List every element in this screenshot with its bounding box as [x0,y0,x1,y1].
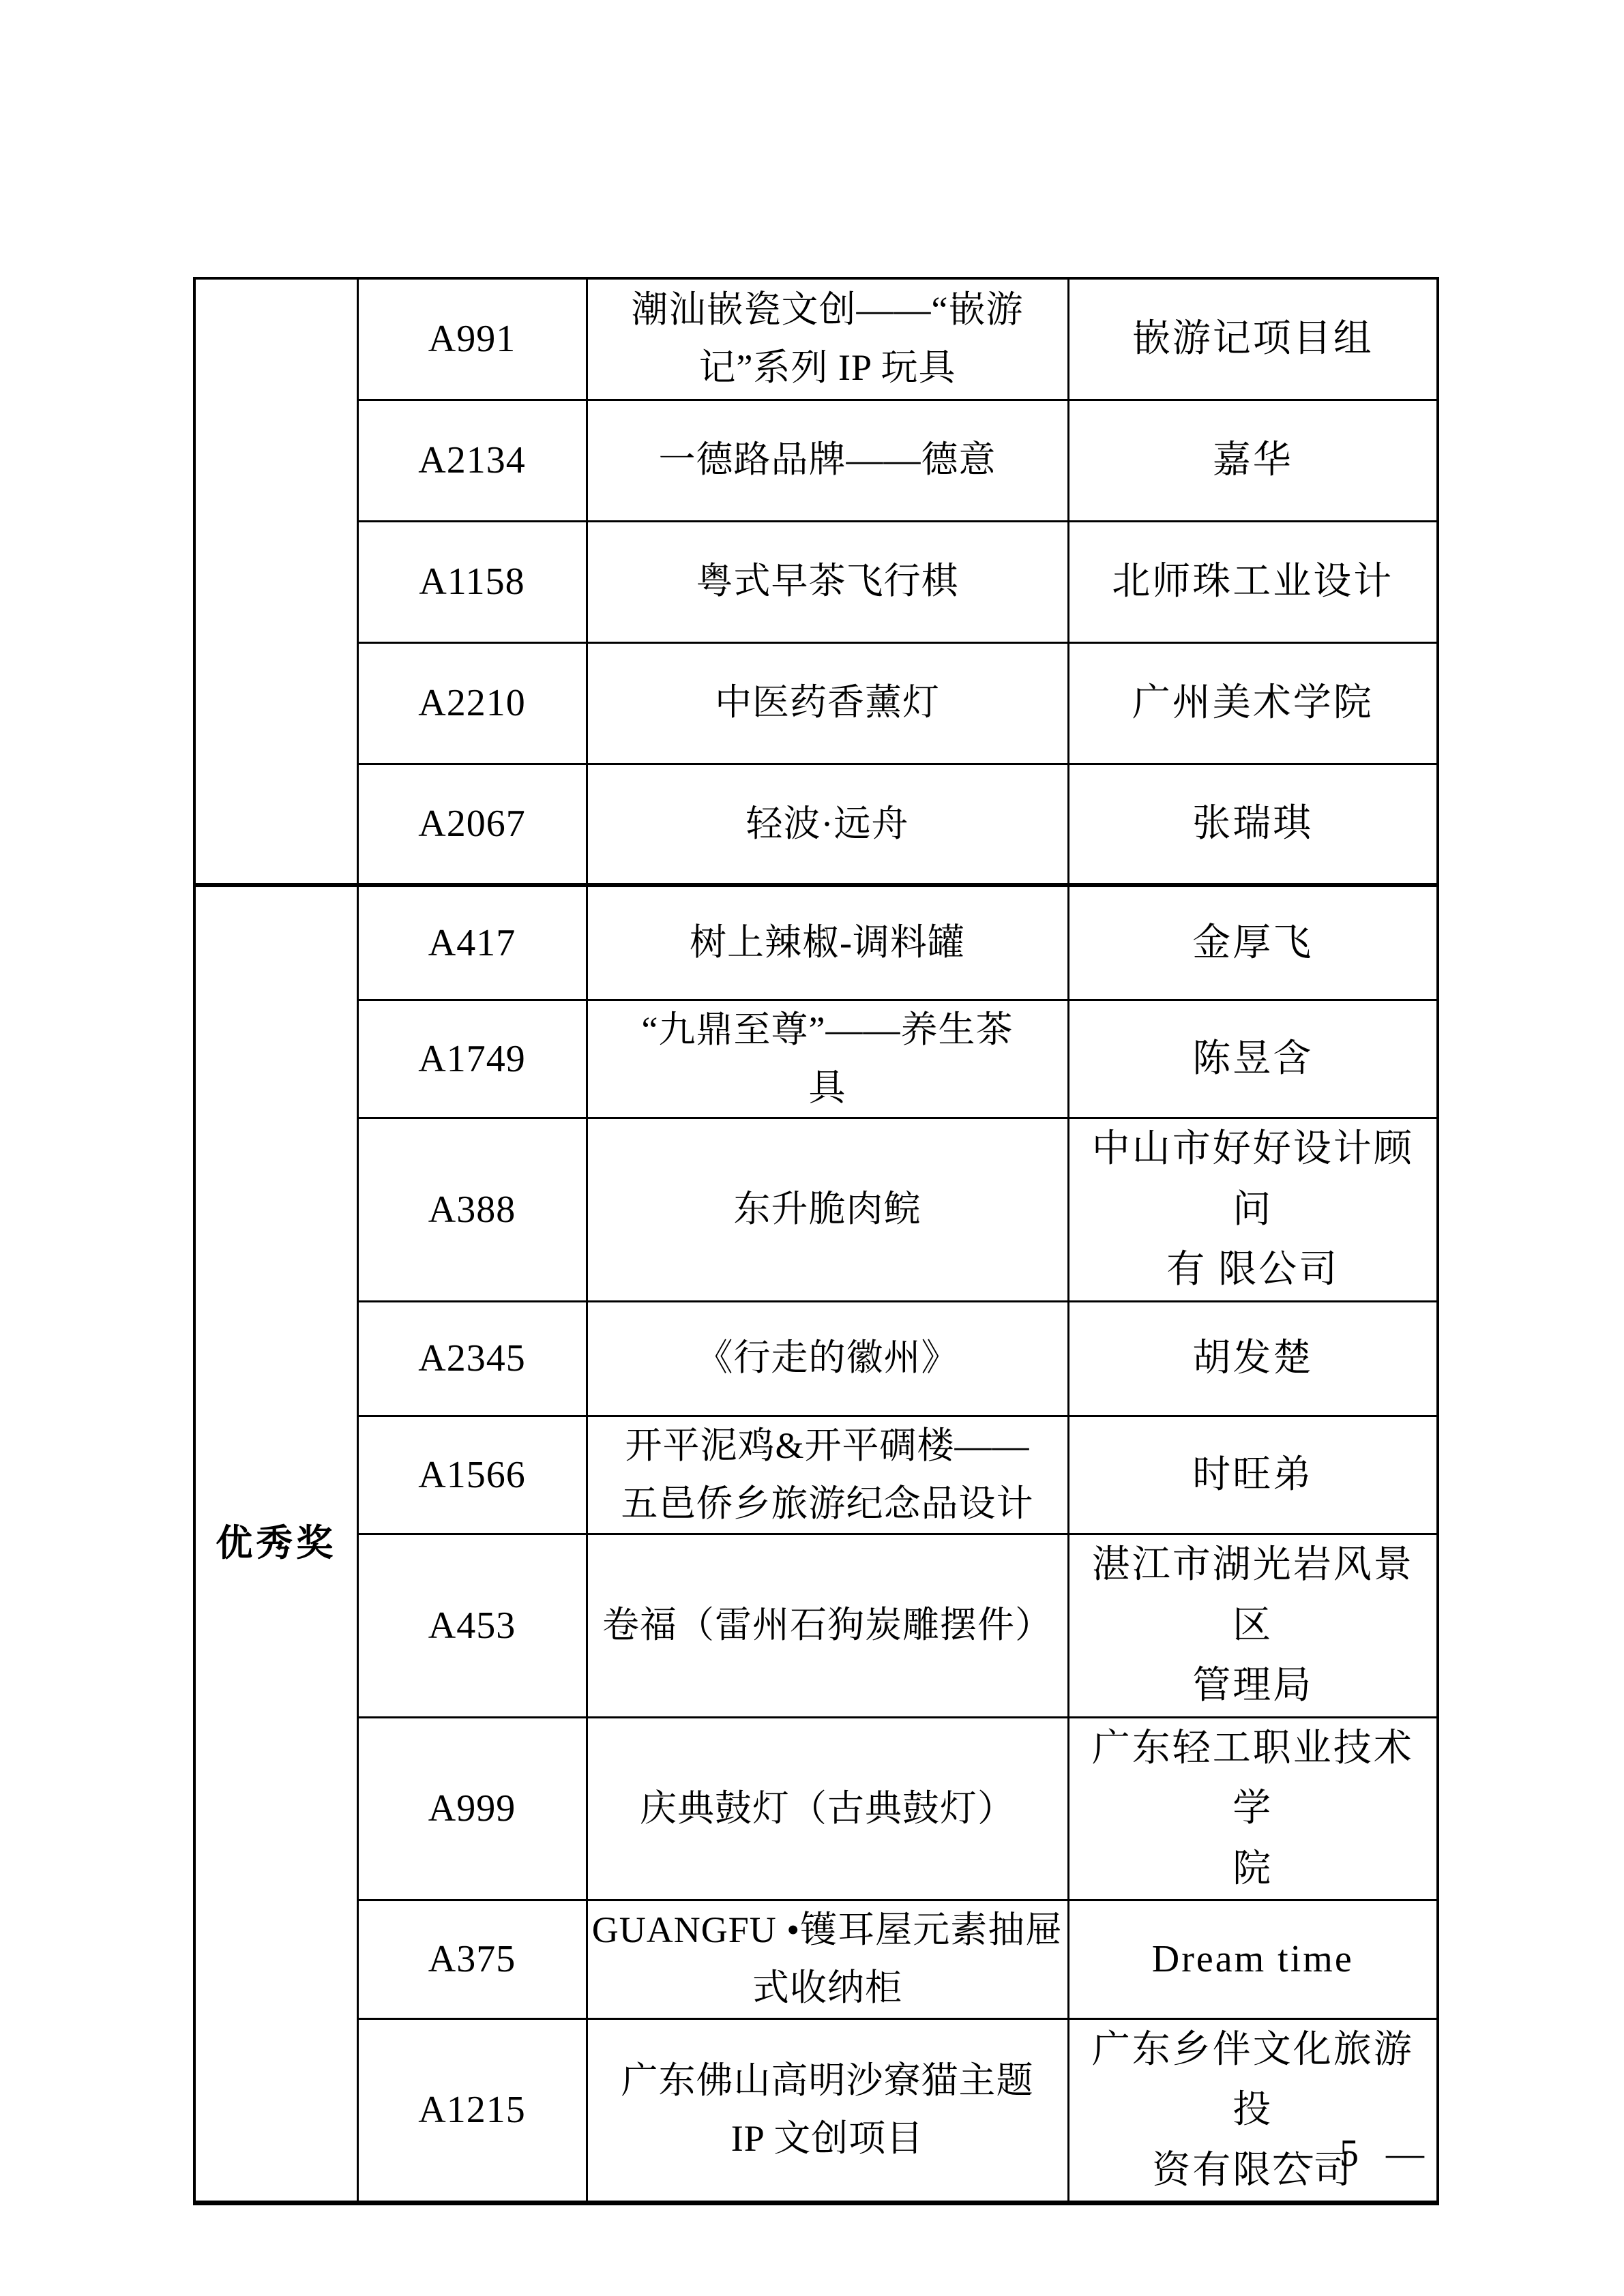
entry-author: 北师珠工业设计 [1068,521,1438,642]
entry-author: 中山市好好设计顾问 有 限公司 [1068,1118,1438,1301]
table-row: A2345 《行走的徽州》 胡发楚 [194,1301,1438,1416]
awards-table: A991 潮汕嵌瓷文创——“嵌游 记”系列 IP 玩具 嵌游记项目组 A2134… [193,277,1439,2205]
entry-title: 《行走的徽州》 [587,1301,1068,1416]
table-row: A2134 一德路品牌——德意 嘉华 [194,400,1438,521]
entry-id: A999 [357,1717,587,1900]
entry-id: A1749 [357,1000,587,1118]
entry-author: 广州美术学院 [1068,642,1438,764]
entry-author: 湛江市湖光岩风景区 管理局 [1068,1534,1438,1717]
entry-author: 陈昱含 [1068,1000,1438,1118]
entry-title: 东升脆肉鲩 [587,1118,1068,1301]
table-row: A991 潮汕嵌瓷文创——“嵌游 记”系列 IP 玩具 嵌游记项目组 [194,278,1438,400]
entry-id: A375 [357,1900,587,2018]
table-row: 优秀奖 A417 树上辣椒-调料罐 金厚飞 [194,885,1438,1000]
table-row: A1566 开平泥鸡&开平碉楼—— 五邑侨乡旅游纪念品设计 时旺弟 [194,1416,1438,1534]
entry-title: 潮汕嵌瓷文创——“嵌游 记”系列 IP 玩具 [587,278,1068,400]
entry-id: A2210 [357,642,587,764]
entry-id: A417 [357,885,587,1000]
table-row: A2210 中医药香薰灯 广州美术学院 [194,642,1438,764]
table-row: A388 东升脆肉鲩 中山市好好设计顾问 有 限公司 [194,1118,1438,1301]
table-row: A453 卷福（雷州石狗炭雕摆件） 湛江市湖光岩风景区 管理局 [194,1534,1438,1717]
entry-id: A2067 [357,764,587,885]
entry-author: 时旺弟 [1068,1416,1438,1534]
entry-id: A991 [357,278,587,400]
entry-id: A2134 [357,400,587,521]
document-page: A991 潮汕嵌瓷文创——“嵌游 记”系列 IP 玩具 嵌游记项目组 A2134… [0,0,1624,2296]
table-row: A2067 轻波·远舟 张瑞琪 [194,764,1438,885]
entry-id: A388 [357,1118,587,1301]
entry-title: GUANGFU •镬耳屋元素抽屉 式收纳柜 [587,1900,1068,2018]
award-section-label [194,278,357,885]
award-section-label: 优秀奖 [194,885,357,2203]
entry-id: A1215 [357,2018,587,2203]
entry-id: A1158 [357,521,587,642]
page-number: — 5 — [1274,2132,1424,2175]
table-row: A1158 粤式早茶飞行棋 北师珠工业设计 [194,521,1438,642]
entry-author: 张瑞琪 [1068,764,1438,885]
table-row: A375 GUANGFU •镬耳屋元素抽屉 式收纳柜 Dream time [194,1900,1438,2018]
entry-author: Dream time [1068,1900,1438,2018]
entry-title: 庆典鼓灯（古典鼓灯） [587,1717,1068,1900]
entry-title: 广东佛山高明沙寮猫主题 IP 文创项目 [587,2018,1068,2203]
entry-id: A1566 [357,1416,587,1534]
entry-author: 金厚飞 [1068,885,1438,1000]
entry-title: 卷福（雷州石狗炭雕摆件） [587,1534,1068,1717]
entry-author: 广东轻工职业技术学 院 [1068,1717,1438,1900]
entry-title: “九鼎至尊”——养生茶 具 [587,1000,1068,1118]
entry-title: 树上辣椒-调料罐 [587,885,1068,1000]
table-row: A1749 “九鼎至尊”——养生茶 具 陈昱含 [194,1000,1438,1118]
entry-id: A2345 [357,1301,587,1416]
entry-author: 胡发楚 [1068,1301,1438,1416]
entry-title: 一德路品牌——德意 [587,400,1068,521]
entry-title: 轻波·远舟 [587,764,1068,885]
table-row: A1215 广东佛山高明沙寮猫主题 IP 文创项目 广东乡伴文化旅游投 资有限公… [194,2018,1438,2203]
entry-title: 粤式早茶飞行棋 [587,521,1068,642]
entry-author: 嵌游记项目组 [1068,278,1438,400]
entry-author: 嘉华 [1068,400,1438,521]
table-row: A999 庆典鼓灯（古典鼓灯） 广东轻工职业技术学 院 [194,1717,1438,1900]
entry-title: 开平泥鸡&开平碉楼—— 五邑侨乡旅游纪念品设计 [587,1416,1068,1534]
entry-title: 中医药香薰灯 [587,642,1068,764]
entry-id: A453 [357,1534,587,1717]
